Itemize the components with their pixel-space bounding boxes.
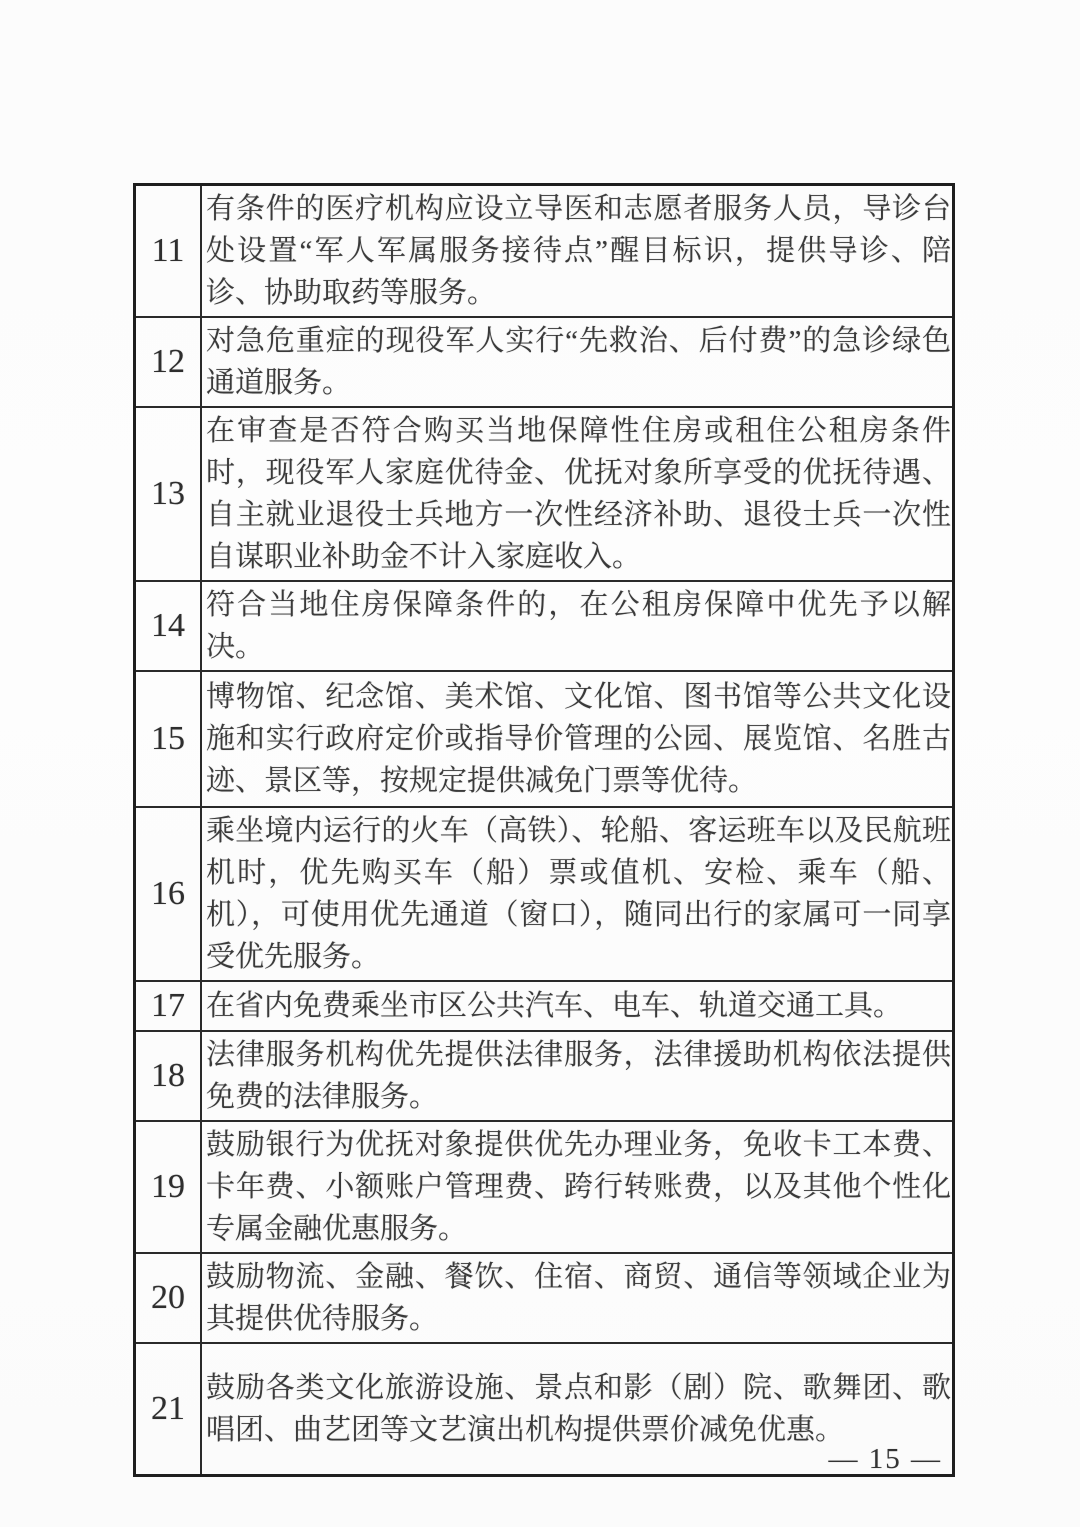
row-number: 12: [136, 318, 202, 406]
row-text: 博物馆、纪念馆、美术馆、文化馆、图书馆等公共文化设施和实行政府定价或指导价管理的…: [206, 676, 951, 802]
row-text: 对急危重症的现役军人实行“先救治、后付费”的急诊绿色通道服务。: [206, 320, 951, 404]
table-row: 12 对急危重症的现役军人实行“先救治、后付费”的急诊绿色通道服务。: [136, 316, 952, 406]
row-text-cell: 对急危重症的现役军人实行“先救治、后付费”的急诊绿色通道服务。: [202, 318, 952, 406]
row-text: 符合当地住房保障条件的，在公租房保障中优先予以解决。: [206, 584, 951, 668]
row-number: 17: [136, 982, 202, 1030]
table-row: 11 有条件的医疗机构应设立导医和志愿者服务人员，导诊台处设置“军人军属服务接待…: [136, 186, 952, 316]
row-text-cell: 符合当地住房保障条件的，在公租房保障中优先予以解决。: [202, 582, 952, 670]
table-row: 18 法律服务机构优先提供法律服务，法律援助机构依法提供免费的法律服务。: [136, 1030, 952, 1120]
row-text-cell: 在省内免费乘坐市区公共汽车、电车、轨道交通工具。: [202, 982, 952, 1030]
row-number: 11: [136, 186, 202, 316]
row-text: 在省内免费乘坐市区公共汽车、电车、轨道交通工具。: [206, 985, 951, 1027]
row-text: 鼓励物流、金融、餐饮、住宿、商贸、通信等领域企业为其提供优待服务。: [206, 1256, 951, 1340]
row-number: 13: [136, 408, 202, 580]
row-text: 鼓励各类文化旅游设施、景点和影（剧）院、歌舞团、歌唱团、曲艺团等文艺演出机构提供…: [206, 1367, 951, 1451]
row-text: 法律服务机构优先提供法律服务，法律援助机构依法提供免费的法律服务。: [206, 1034, 951, 1118]
row-text-cell: 博物馆、纪念馆、美术馆、文化馆、图书馆等公共文化设施和实行政府定价或指导价管理的…: [202, 672, 952, 806]
row-number: 18: [136, 1032, 202, 1120]
benefits-table: 11 有条件的医疗机构应设立导医和志愿者服务人员，导诊台处设置“军人军属服务接待…: [133, 183, 955, 1477]
table-row: 14 符合当地住房保障条件的，在公租房保障中优先予以解决。: [136, 580, 952, 670]
row-text-cell: 鼓励物流、金融、餐饮、住宿、商贸、通信等领域企业为其提供优待服务。: [202, 1254, 952, 1342]
table-row: 15 博物馆、纪念馆、美术馆、文化馆、图书馆等公共文化设施和实行政府定价或指导价…: [136, 670, 952, 806]
table-row: 16 乘坐境内运行的火车（高铁）、轮船、客运班车以及民航班机时，优先购买车（船）…: [136, 806, 952, 980]
row-text: 鼓励银行为优抚对象提供优先办理业务，免收卡工本费、卡年费、小额账户管理费、跨行转…: [206, 1124, 951, 1250]
row-number: 19: [136, 1122, 202, 1252]
table-row: 19 鼓励银行为优抚对象提供优先办理业务，免收卡工本费、卡年费、小额账户管理费、…: [136, 1120, 952, 1252]
row-number: 14: [136, 582, 202, 670]
document-page: 11 有条件的医疗机构应设立导医和志愿者服务人员，导诊台处设置“军人军属服务接待…: [0, 0, 1080, 1527]
table-row: 20 鼓励物流、金融、餐饮、住宿、商贸、通信等领域企业为其提供优待服务。: [136, 1252, 952, 1342]
row-text-cell: 在审查是否符合购买当地保障性住房或租住公租房条件时，现役军人家庭优待金、优抚对象…: [202, 408, 952, 580]
row-text-cell: 鼓励银行为优抚对象提供优先办理业务，免收卡工本费、卡年费、小额账户管理费、跨行转…: [202, 1122, 952, 1252]
row-text: 乘坐境内运行的火车（高铁）、轮船、客运班车以及民航班机时，优先购买车（船）票或值…: [206, 810, 951, 978]
row-number: 16: [136, 808, 202, 980]
row-text: 在审查是否符合购买当地保障性住房或租住公租房条件时，现役军人家庭优待金、优抚对象…: [206, 410, 951, 578]
row-number: 21: [136, 1344, 202, 1474]
row-text-cell: 乘坐境内运行的火车（高铁）、轮船、客运班车以及民航班机时，优先购买车（船）票或值…: [202, 808, 952, 980]
row-number: 20: [136, 1254, 202, 1342]
row-text-cell: 法律服务机构优先提供法律服务，法律援助机构依法提供免费的法律服务。: [202, 1032, 952, 1120]
table-row: 17 在省内免费乘坐市区公共汽车、电车、轨道交通工具。: [136, 980, 952, 1030]
page-number: — 15 —: [829, 1443, 943, 1476]
table-row: 13 在审查是否符合购买当地保障性住房或租住公租房条件时，现役军人家庭优待金、优…: [136, 406, 952, 580]
row-text-cell: 有条件的医疗机构应设立导医和志愿者服务人员，导诊台处设置“军人军属服务接待点”醒…: [202, 186, 952, 316]
row-number: 15: [136, 672, 202, 806]
row-text: 有条件的医疗机构应设立导医和志愿者服务人员，导诊台处设置“军人军属服务接待点”醒…: [206, 188, 951, 314]
